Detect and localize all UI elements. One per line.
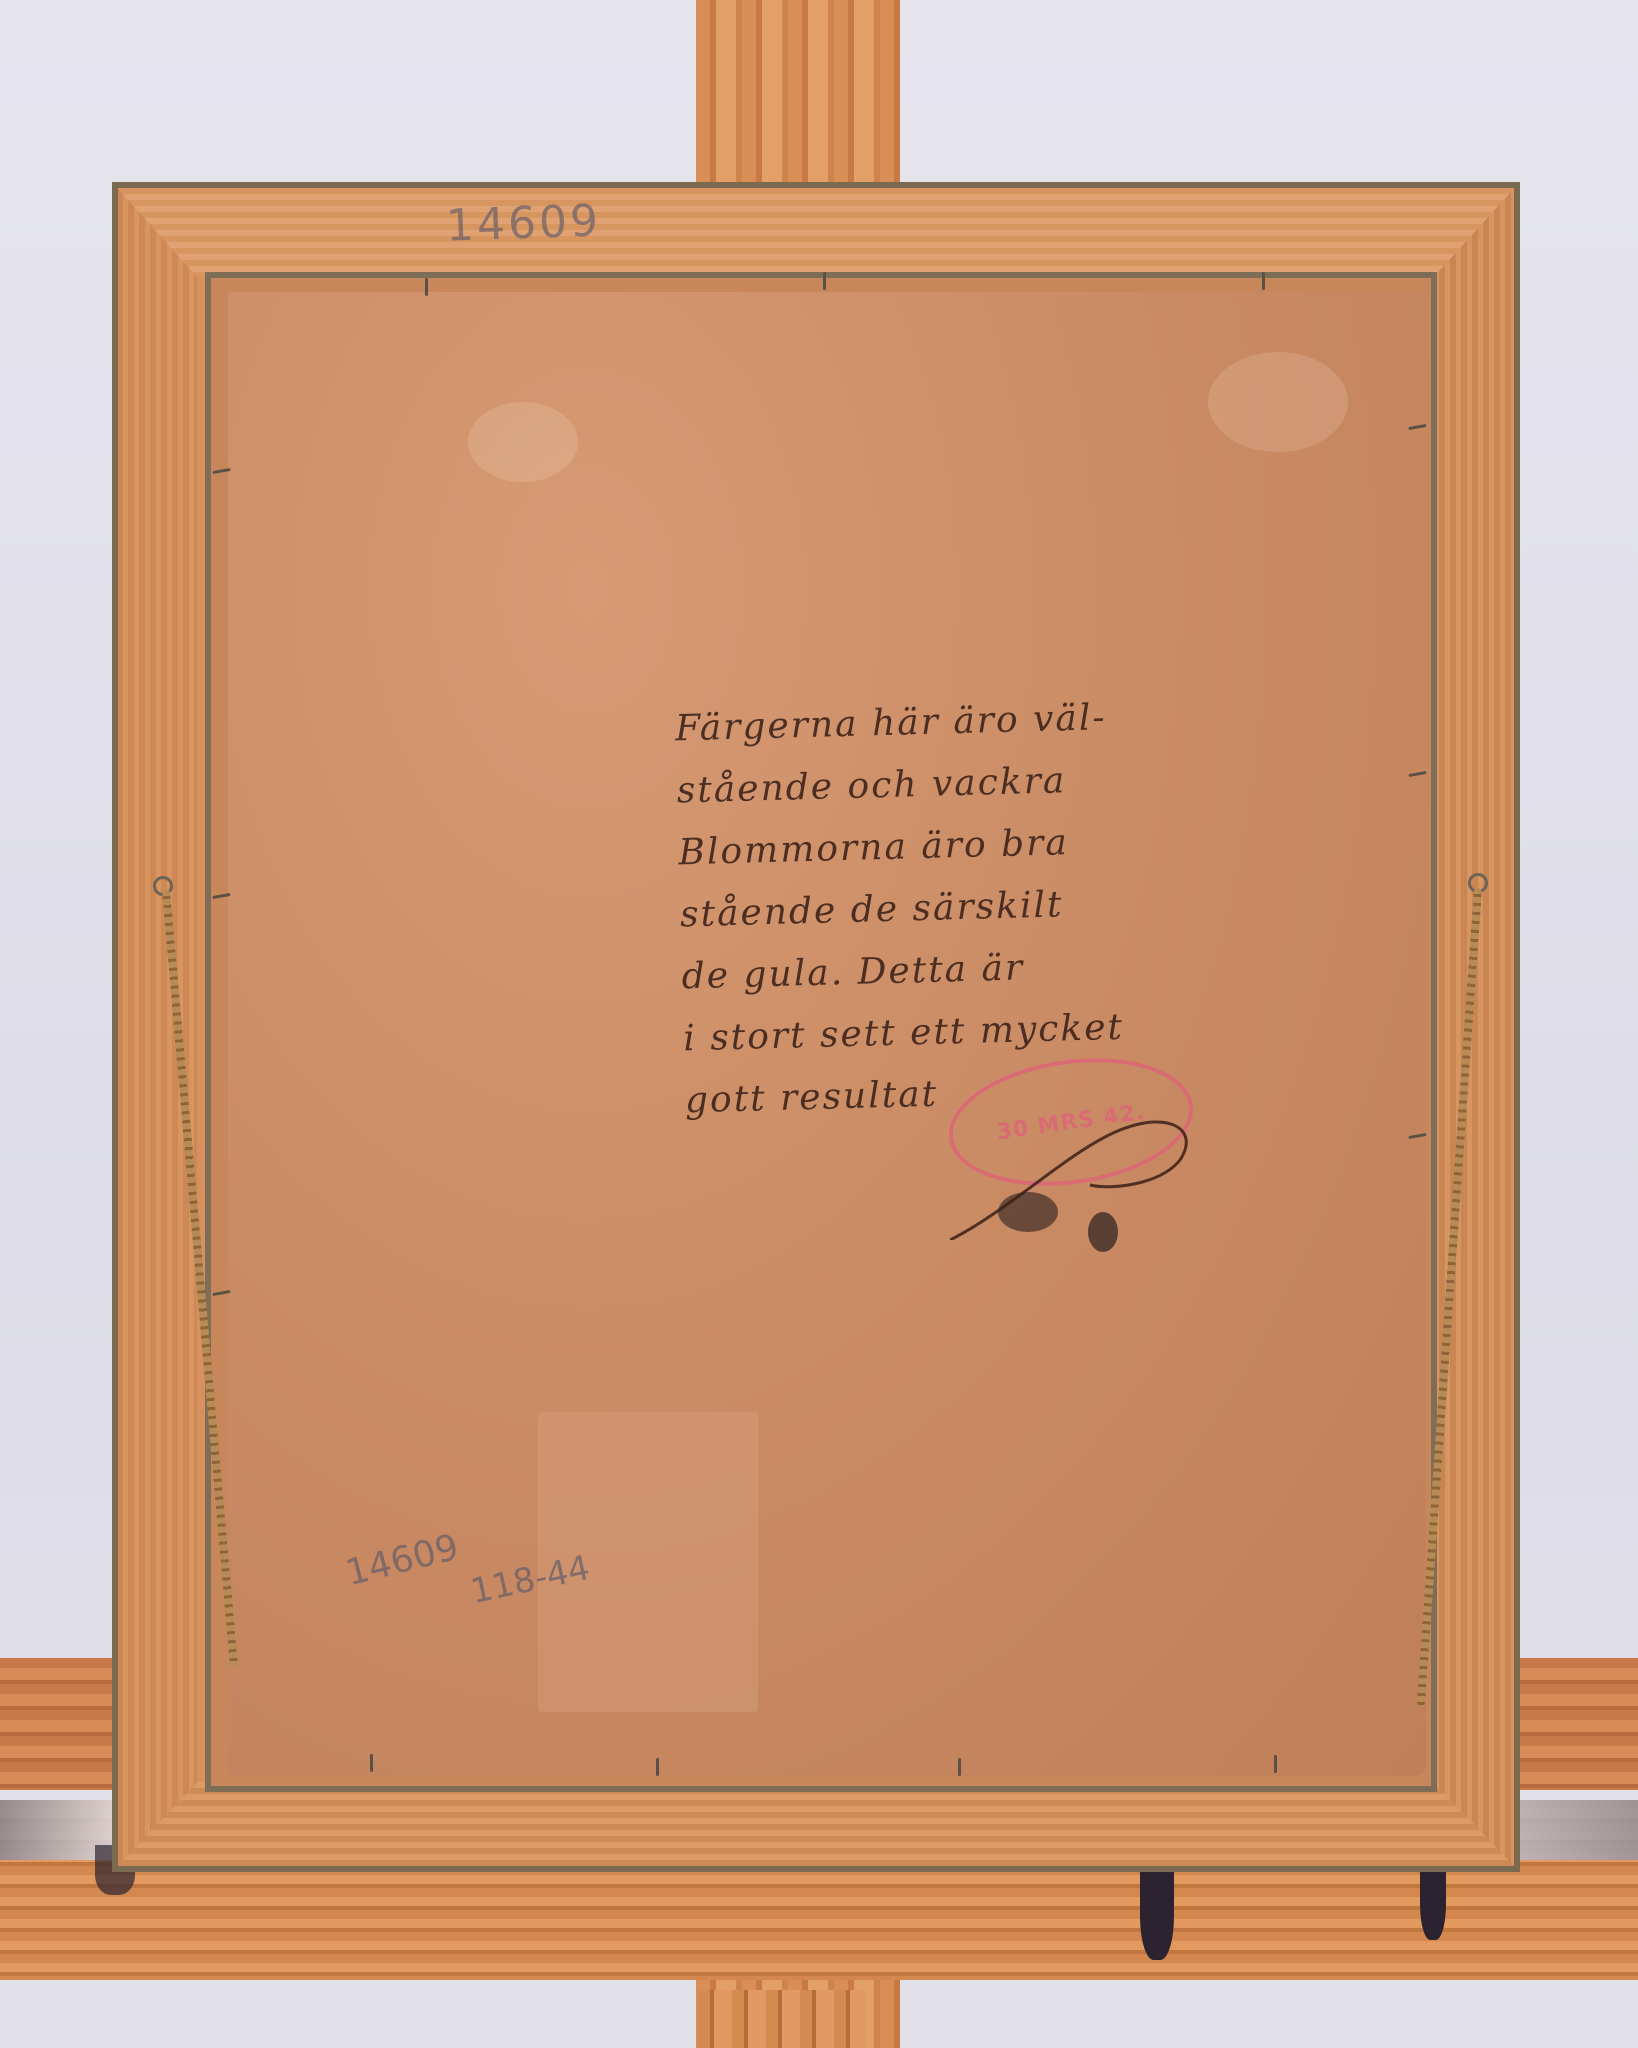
easel-mast-foot — [698, 1990, 866, 2048]
frame-rail-right — [1434, 182, 1520, 1872]
stain — [1208, 352, 1348, 452]
signature-flourish — [950, 1090, 1210, 1240]
nail — [1274, 1755, 1277, 1773]
nail — [823, 272, 826, 290]
frame-rail-top — [112, 182, 1520, 277]
nail — [425, 278, 428, 296]
frame-rail-left — [112, 182, 197, 1872]
frame-rail-bottom — [112, 1782, 1520, 1872]
nail — [370, 1754, 373, 1772]
nail — [958, 1758, 961, 1776]
frame-inventory-number: 14609 — [445, 195, 602, 251]
nail — [1262, 272, 1265, 290]
handwritten-inscription: Färgerna här äro väl- stående och vackra… — [674, 682, 1325, 1133]
stain — [468, 402, 578, 482]
nail — [656, 1758, 659, 1776]
